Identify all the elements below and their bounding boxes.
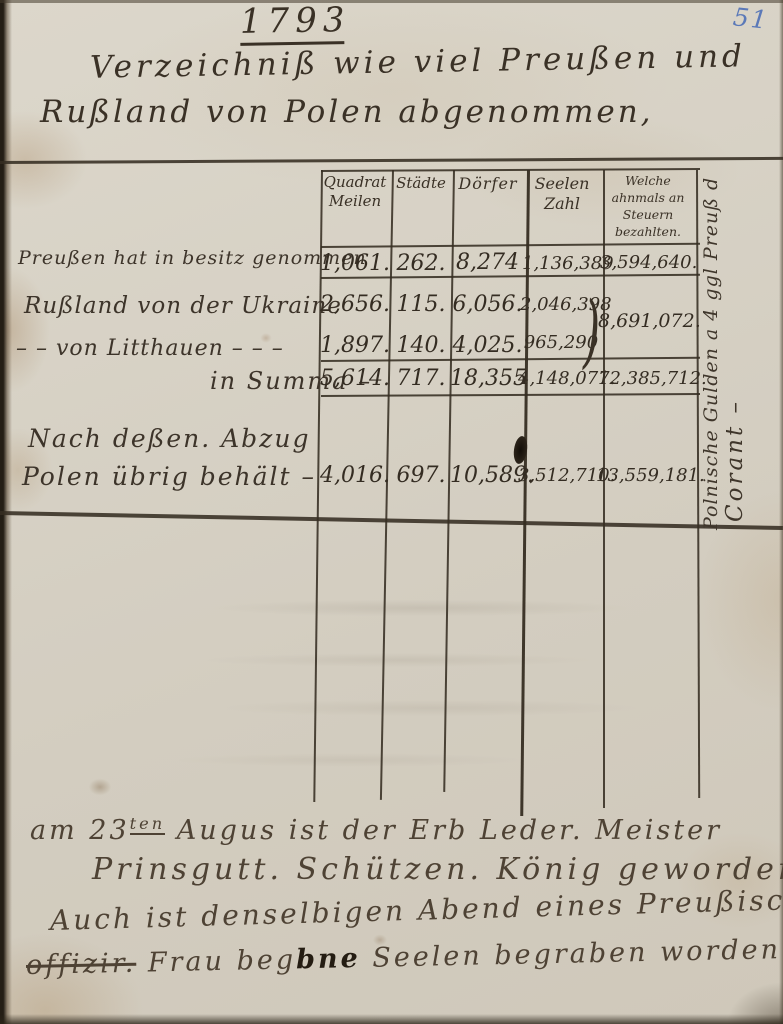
row-label-litthauen: – – von Litthauen – – – <box>16 336 284 361</box>
margin-note-line-2: Corant – <box>722 172 748 530</box>
cell-rem-steuern: 13,559,181. <box>596 465 696 486</box>
cell-r1-staedte: 262. <box>390 251 452 276</box>
cell-rem-doerfer: 10,589. <box>450 463 525 488</box>
footer-line-1-rest: Augus ist der Erb Leder. Meister <box>165 815 722 846</box>
cell-combined-steuern: 8,691,072. <box>598 310 696 332</box>
col-header-staedte: Städte <box>392 174 450 193</box>
cell-summa-staedte: 717. <box>390 366 452 391</box>
footer-line-4-rest: Seelen begraben worden <box>360 934 781 974</box>
manuscript-page: 1793 51 Verzeichniß wie viel Preußen und… <box>0 0 783 1024</box>
cell-summa-quadratmeilen: 5,614. <box>320 366 390 391</box>
remainder-label-line-2: Polen übrig behält – <box>22 462 316 491</box>
rule-top <box>0 157 783 164</box>
footer-line-4-mid: Frau beg <box>136 944 296 978</box>
col-header-doerfer: Dörfer <box>452 174 524 194</box>
page-edge-bottom <box>0 1014 783 1024</box>
footer-line-3: Auch ist denselbigen Abend eines Preußis… <box>50 882 783 937</box>
cell-r2-staedte: 115. <box>390 292 452 317</box>
footer-line-1-superscript: ten <box>130 814 166 835</box>
footer-line-4-struck-word: offizir. <box>26 948 137 981</box>
cell-rem-quadratmeilen: 4,016. <box>320 463 390 488</box>
cell-summa-steuern: 12,385,712. <box>598 368 698 389</box>
heading-line-1: Verzeichniß wie viel Preußen und <box>90 38 746 85</box>
row-label-preussen: Preußen hat in besitz genommen <box>18 247 367 269</box>
margin-note-rotated: Polnische Gulden a 4 ggl Preuß d Corant … <box>700 172 780 530</box>
page-number: 51 <box>732 2 771 35</box>
col-header-seelen-zahl: Seelen Zahl <box>524 174 600 214</box>
cell-r3-quadratmeilen: 1,897. <box>320 333 390 358</box>
cell-r3-staedte: 140. <box>390 333 452 358</box>
table-hline-summa-bottom <box>321 393 700 397</box>
page-edge-top <box>0 0 783 3</box>
col-header-steuern: Welche ahnmals an Steuern bezahlten. <box>602 173 694 241</box>
table-hline-header-top <box>321 168 700 172</box>
footer-line-4-overwritten: bne <box>296 943 361 975</box>
cell-rem-staedte: 697. <box>390 463 452 488</box>
heading-line-2: Rußland von Polen abgenommen, <box>40 94 654 130</box>
cell-r1-doerfer: 8,274 <box>450 250 525 275</box>
cell-rem-seelen: 3,512,710. <box>518 465 602 486</box>
year-title: 1793 <box>240 0 345 46</box>
col-header-quadrat-meilen: Quadrat Meilen <box>322 173 388 211</box>
cell-summa-seelen: 4,148,077. <box>518 368 602 389</box>
rule-bottom <box>0 511 783 530</box>
footer-line-4: offizir. Frau begbne Seelen begraben wor… <box>26 934 782 981</box>
remainder-label-line-1: Nach deßen. Abzug <box>28 424 310 453</box>
footer-line-1: am 23ten Augus ist der Erb Leder. Meiste… <box>30 814 722 846</box>
cell-r1-steuern: 3,594,640. <box>600 252 696 273</box>
cell-r3-doerfer: 4,025. <box>450 333 525 358</box>
cell-r1-quadratmeilen: 1,061. <box>320 251 390 276</box>
footer-line-2: Prinsgutt. Schützen. König geworden, <box>92 852 783 887</box>
row-label-russland-ukraine: Rußland von der Ukraine <box>24 293 342 319</box>
cell-r2-doerfer: 6,056. <box>450 292 525 317</box>
table-hline-header-bottom <box>321 243 700 248</box>
margin-note-line-1: Polnische Gulden a 4 ggl Preuß d <box>700 172 722 530</box>
cell-summa-doerfer: 18,355 <box>450 366 525 391</box>
cell-r2-quadratmeilen: 2,656. <box>320 292 390 317</box>
footer-line-1-prefix: am 23 <box>30 815 130 846</box>
cell-r1-seelen: 1,136,389 <box>522 253 602 274</box>
